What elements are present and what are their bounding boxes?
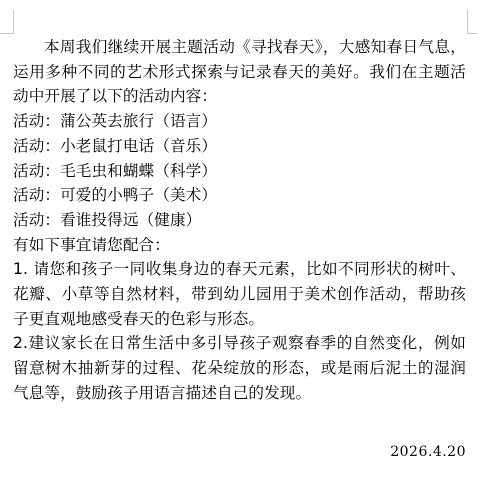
document-body: 本周我们继续开展主题活动《寻找春天》，大感知春日气息，运用多种不同的艺术形式探索…	[13, 35, 466, 406]
request-item: 2.建议家长在日常生活中多引导孩子观察春季的自然变化，例如留意树木抽新芽的过程、…	[13, 331, 466, 405]
request-item: 1. 请您和孩子一同收集身边的春天元素，比如不同形状的树叶、花瓣、小草等自然材料…	[13, 257, 466, 331]
document-date: 2026.4.20	[390, 440, 466, 464]
activity-item: 活动：看谁投得远（健康）	[13, 208, 466, 233]
activity-item: 活动：毛毛虫和蝴蝶（科学）	[13, 159, 466, 184]
activity-item: 活动：蒲公英去旅行（语言）	[13, 109, 466, 134]
activity-item: 活动：可爱的小鸭子（美术）	[13, 183, 466, 208]
activity-item: 活动：小老鼠打电话（音乐）	[13, 134, 466, 159]
page-corner-mark-left	[0, 10, 14, 34]
page-corner-mark-right	[467, 10, 477, 34]
cooperation-heading: 有如下事宜请您配合：	[13, 233, 466, 258]
intro-paragraph: 本周我们继续开展主题活动《寻找春天》，大感知春日气息，运用多种不同的艺术形式探索…	[13, 35, 466, 109]
